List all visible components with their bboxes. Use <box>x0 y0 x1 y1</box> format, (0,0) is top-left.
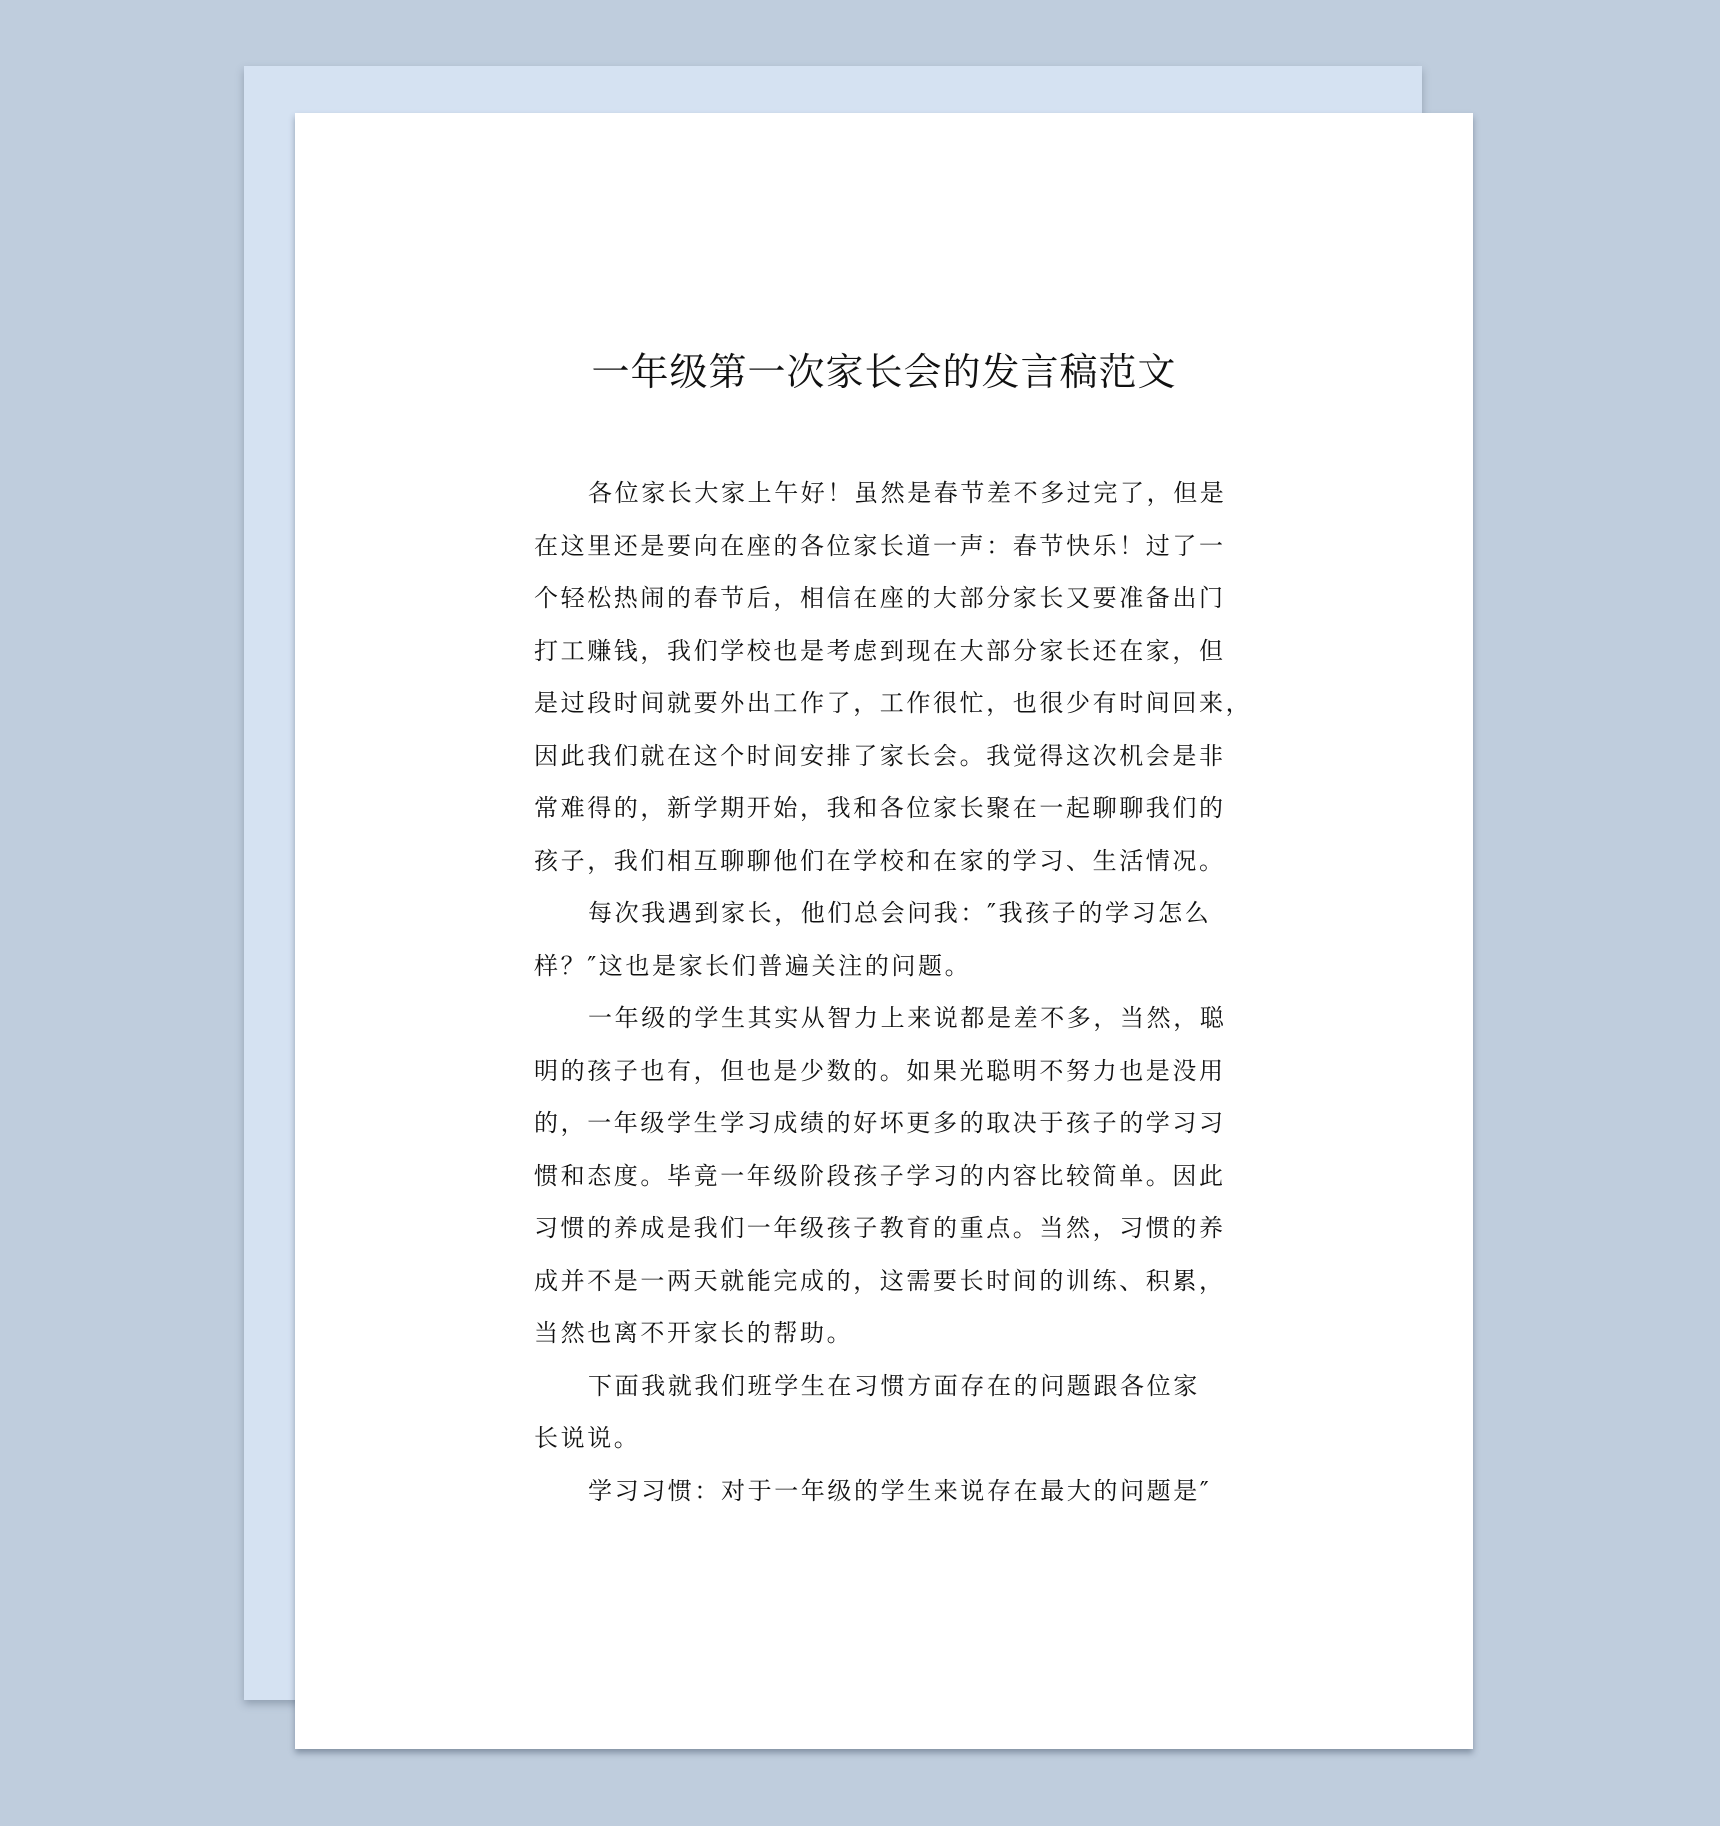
text-line: 是过段时间就要外出工作了，工作很忙，也很少有时间回来， <box>534 677 1234 730</box>
paragraph-3: 一年级的学生其实从智力上来说都是差不多，当然，聪 明的孩子也有，但也是少数的。如… <box>534 992 1234 1360</box>
text-line: 明的孩子也有，但也是少数的。如果光聪明不努力也是没用 <box>534 1045 1234 1098</box>
text-line: 当然也离不开家长的帮助。 <box>534 1307 1234 1360</box>
paragraph-4: 下面我就我们班学生在习惯方面存在的问题跟各位家 长说说。 <box>534 1360 1234 1465</box>
document-title: 一年级第一次家长会的发言稿范文 <box>295 349 1473 395</box>
text-line: 惯和态度。毕竟一年级阶段孩子学习的内容比较简单。因此 <box>534 1150 1234 1203</box>
text-line: 每次我遇到家长，他们总会问我：″我孩子的学习怎么 <box>534 887 1234 940</box>
text-line: 个轻松热闹的春节后，相信在座的大部分家长又要准备出门 <box>534 572 1234 625</box>
document-body: 各位家长大家上午好！虽然是春节差不多过完了，但是 在这里还是要向在座的各位家长道… <box>534 467 1234 1517</box>
paragraph-5: 学习习惯：对于一年级的学生来说存在最大的问题是″ <box>534 1465 1234 1518</box>
text-line: 的，一年级学生学习成绩的好坏更多的取决于孩子的学习习 <box>534 1097 1234 1150</box>
text-line: 常难得的，新学期开始，我和各位家长聚在一起聊聊我们的 <box>534 782 1234 835</box>
text-line: 打工赚钱，我们学校也是考虑到现在大部分家长还在家，但 <box>534 625 1234 678</box>
text-line: 成并不是一两天就能完成的，这需要长时间的训练、积累， <box>534 1255 1234 1308</box>
paragraph-2: 每次我遇到家长，他们总会问我：″我孩子的学习怎么 样？″这也是家长们普遍关注的问… <box>534 887 1234 992</box>
paragraph-1: 各位家长大家上午好！虽然是春节差不多过完了，但是 在这里还是要向在座的各位家长道… <box>534 467 1234 887</box>
text-line: 样？″这也是家长们普遍关注的问题。 <box>534 940 1234 993</box>
text-line: 一年级的学生其实从智力上来说都是差不多，当然，聪 <box>534 992 1234 1045</box>
text-line: 习惯的养成是我们一年级孩子教育的重点。当然，习惯的养 <box>534 1202 1234 1255</box>
text-line: 学习习惯：对于一年级的学生来说存在最大的问题是″ <box>534 1465 1234 1518</box>
text-line: 下面我就我们班学生在习惯方面存在的问题跟各位家 <box>534 1360 1234 1413</box>
text-line: 各位家长大家上午好！虽然是春节差不多过完了，但是 <box>534 467 1234 520</box>
text-line: 因此我们就在这个时间安排了家长会。我觉得这次机会是非 <box>534 730 1234 783</box>
front-page-sheet: 一年级第一次家长会的发言稿范文 各位家长大家上午好！虽然是春节差不多过完了，但是… <box>295 113 1473 1749</box>
text-line: 孩子，我们相互聊聊他们在学校和在家的学习、生活情况。 <box>534 835 1234 888</box>
text-line: 在这里还是要向在座的各位家长道一声：春节快乐！过了一 <box>534 520 1234 573</box>
text-line: 长说说。 <box>534 1412 1234 1465</box>
